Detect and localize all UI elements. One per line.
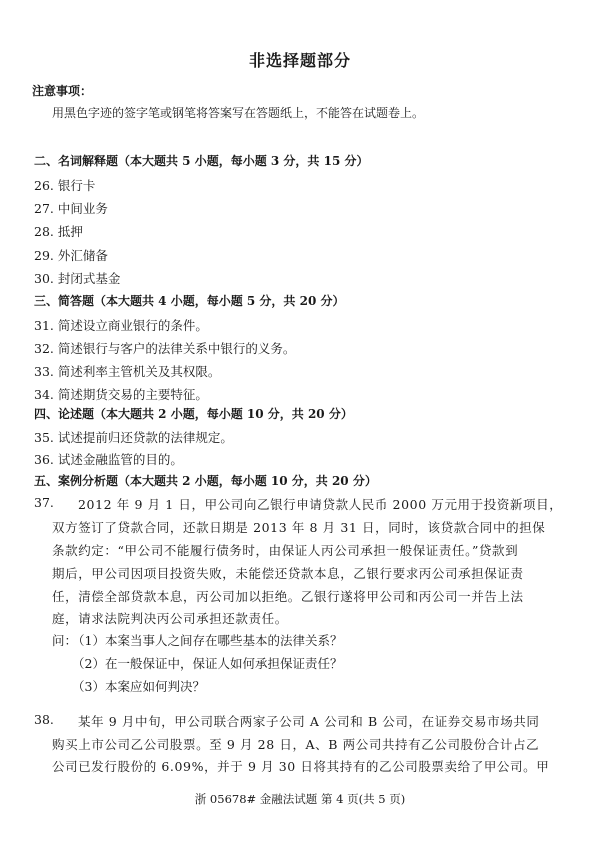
question-item: 32. 简述银行与客户的法律关系中银行的义务。 [34,339,295,357]
case-number: 37. [34,495,54,510]
question-item: 31. 简述设立商业银行的条件。 [34,316,208,334]
question-item: 35. 试述提前归还贷款的法律规定。 [34,428,233,446]
question-item: 34. 简述期货交易的主要特征。 [34,385,208,403]
case-text-line: 公司已发行股份的 6.09%，并于 9 月 30 日将其持有的乙公司股票卖给了甲… [52,757,549,775]
sub-question: （2）在一般保证中，保证人如何承担保证责任？ [72,654,342,672]
case-text-line: 庭，请求法院判决丙公司承担还款责任。 [52,609,288,627]
question-item: 27. 中间业务 [34,199,108,217]
section-heading-essay: 四、论述题（本大题共 2 小题，每小题 10 分，共 20 分） [34,405,353,422]
case-text-line: 任，清偿全部贷款本息，丙公司加以拒绝。乙银行遂将甲公司和丙公司一并告上法 [52,587,524,605]
section-heading-short-answer: 三、简答题（本大题共 4 小题，每小题 5 分，共 20 分） [34,292,344,309]
notice-label: 注意事项： [32,82,92,99]
question-item: 26. 银行卡 [34,176,95,194]
case-text-line: 期后，甲公司因项目投资失败，未能偿还贷款本息，乙银行要求丙公司承担保证责 [52,564,524,582]
case-text-line: 某年 9 月中旬，甲公司联合两家子公司 A 公司和 B 公司，在证券交易市场共同 [78,712,540,730]
question-item: 36. 试述金融监管的目的。 [34,450,183,468]
section-heading-case: 五、案例分析题（本大题共 2 小题，每小题 10 分，共 20 分） [34,472,377,489]
page-title: 非选择题部分 [0,48,600,71]
sub-question: （3）本案应如何判决？ [72,677,205,695]
section-heading-terms: 二、名词解释题（本大题共 5 小题，每小题 3 分，共 15 分） [34,152,368,169]
question-item: 33. 简述利率主管机关及其权限。 [34,362,220,380]
question-item: 29. 外汇储备 [34,246,108,264]
notice-text: 用黑色字迹的签字笔或钢笔将答案写在答题纸上，不能答在试题卷上。 [52,104,424,121]
question-item: 30. 封闭式基金 [34,269,120,287]
question-item: 28. 抵押 [34,222,83,240]
case-text-line: 购买上市公司乙公司股票。至 9 月 28 日，A、B 两公司共持有乙公司股份合计… [52,735,539,753]
sub-question: （1）本案当事人之间存在哪些基本的法律关系？ [72,631,342,649]
case-text-line: 2012 年 9 月 1 日，甲公司向乙银行申请贷款人民币 2000 万元用于投… [78,495,562,513]
case-text-line: 双方签订了贷款合同，还款日期是 2013 年 8 月 31 日，同时，该贷款合同… [52,518,545,536]
case-number: 38. [34,712,54,727]
case-text-line: 条款约定：“甲公司不能履行债务时，由保证人丙公司承担一般保证责任。”贷款到 [52,541,518,559]
page-footer: 浙 05678# 金融法试题 第 4 页(共 5 页) [0,791,600,807]
